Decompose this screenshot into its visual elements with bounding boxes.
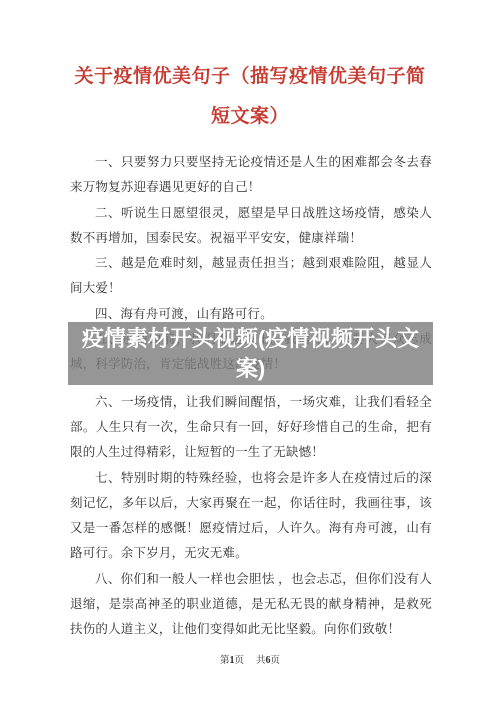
- document-title-line-2: 短文案）: [0, 97, 500, 137]
- page-number-label: 第1页: [220, 656, 244, 666]
- overlay-title-line-1: 疫情素材开头视频(疫情视频开头文: [68, 324, 433, 354]
- paragraph-3: 三、越是危难时刻，越显责任担当；越到艰难险阻，越显人间大爱！: [70, 251, 432, 302]
- paragraph-6: 六、一场疫情，让我们瞬间醒悟，一场灾难，让我们看轻全部。人生只有一次，生命只有一…: [70, 390, 432, 466]
- overlay-title-banner[interactable]: 疫情素材开头视频(疫情视频开头文 案): [68, 322, 433, 385]
- overlay-title-line-2: 案): [68, 354, 433, 384]
- paragraph-1: 一、只要努力只要坚持无论疫情还是人生的困难都会冬去春来万物复苏迎春遇见更好的自己…: [70, 150, 432, 201]
- document-body: 一、只要努力只要坚持无论疫情还是人生的困难都会冬去春来万物复苏迎春遇见更好的自己…: [0, 150, 500, 643]
- page-footer: 第1页共6页: [0, 652, 500, 666]
- total-pages-label: 共6页: [256, 656, 280, 666]
- paragraph-8: 八、你们和一般人一样也会胆怯 ，也会忐忑，但你们没有人退缩，是崇高神圣的职业道德…: [70, 567, 432, 643]
- paragraph-2: 二、听说生日愿望很灵，愿望是早日战胜这场疫情，感染人数不再增加，国泰民安。祝福平…: [70, 201, 432, 252]
- paragraph-7: 七、特别时期的特殊经验，也将会是许多人在疫情过后的深刻记忆，多年以后，大家再聚在…: [70, 466, 432, 567]
- document-page: 关于疫情优美句子（描写疫情优美句子简 短文案） 一、只要努力只要坚持无论疫情还是…: [0, 0, 500, 706]
- document-title-line-1: 关于疫情优美句子（描写疫情优美句子简: [0, 57, 500, 97]
- document-title: 关于疫情优美句子（描写疫情优美句子简 短文案）: [0, 0, 500, 137]
